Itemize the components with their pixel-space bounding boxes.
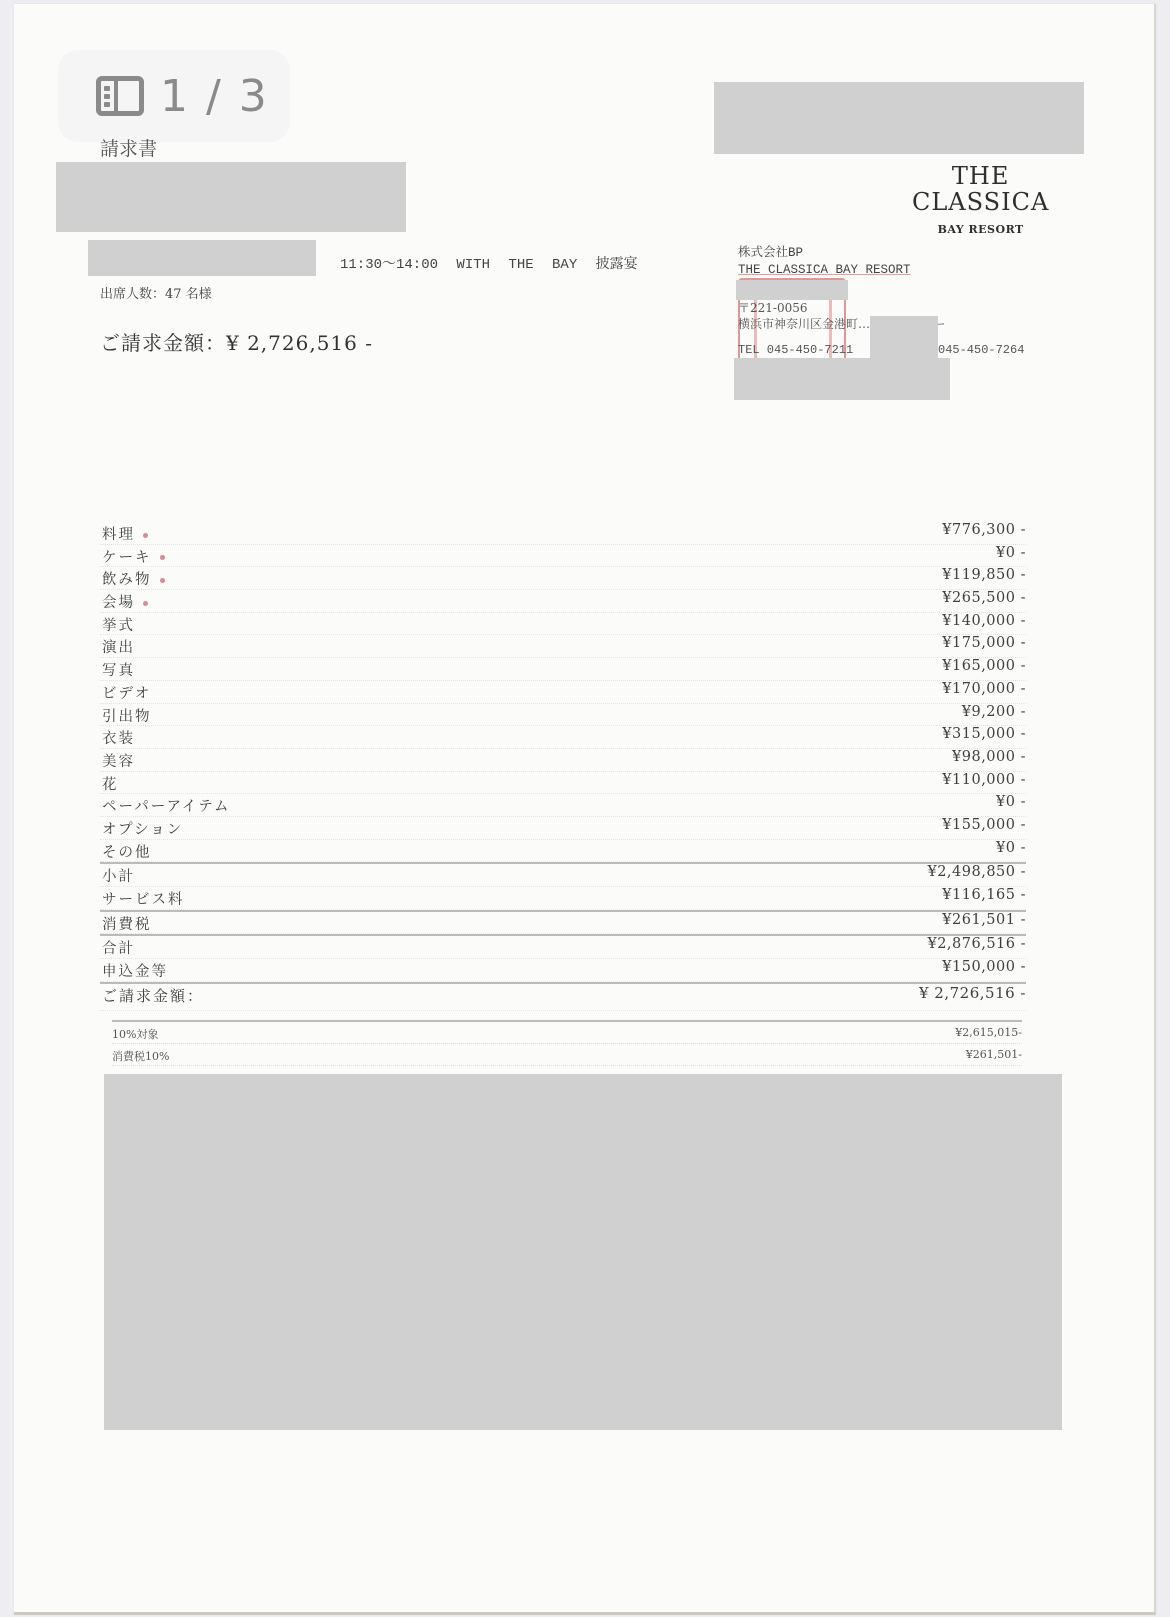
table-row: ペーパーアイテム¥0 - — [100, 794, 1026, 817]
row-value: ¥140,000 - — [942, 613, 1026, 629]
row-value: ¥ 2,726,516 - — [919, 984, 1026, 1002]
table-row: 引出物¥9,200 - — [100, 704, 1026, 727]
row-value: ¥0 - — [996, 545, 1026, 561]
table-row: 会場¥265,500 - — [100, 590, 1026, 613]
tax-breakdown: 10%対象¥2,615,015-消費税10%¥261,501- — [112, 1020, 1022, 1066]
issuer-fax: 045-450-7264 — [938, 343, 1024, 357]
row-value: ¥2,498,850 - — [927, 864, 1026, 880]
billing-amount: ご請求金額：¥ 2,726,516 - — [100, 327, 373, 356]
table-row: オプション¥155,000 - — [100, 817, 1026, 840]
row-value: ¥776,300 - — [942, 522, 1026, 538]
table-row: 合計¥2,876,516 - — [100, 934, 1026, 959]
redacted-block — [736, 280, 848, 300]
row-label: 花 — [102, 773, 119, 794]
row-value: ¥265,500 - — [942, 590, 1026, 606]
postal-code: 〒221-0056 — [738, 300, 945, 316]
table-row: ビデオ¥170,000 - — [100, 681, 1026, 704]
venue-logo: THE CLASSICA BAY RESORT — [912, 163, 1049, 236]
redacted-block — [734, 358, 950, 400]
issuer-company: 株式会社BP THE CLASSICA BAY RESORT — [738, 245, 911, 279]
tax-label: 消費税10% — [112, 1048, 169, 1064]
table-row: 演出¥175,000 - — [100, 635, 1026, 658]
row-label: 写真 — [102, 659, 135, 680]
page-indicator[interactable]: 1 / 3 — [58, 50, 290, 142]
row-label: 演出 — [102, 636, 135, 657]
line-items-table: 料理¥776,300 -ケーキ¥0 -飲み物¥119,850 -会場¥265,5… — [100, 522, 1026, 1011]
row-value: ¥119,850 - — [942, 567, 1026, 583]
table-row: 美容¥98,000 - — [100, 749, 1026, 772]
redacted-block — [56, 162, 406, 232]
row-label: 引出物 — [102, 705, 152, 726]
row-value: ¥110,000 - — [942, 772, 1026, 788]
row-label: 小計 — [102, 865, 135, 886]
page-count: 1 / 3 — [160, 71, 269, 122]
row-value: ¥150,000 - — [942, 959, 1026, 975]
table-row: サービス料¥116,165 - — [100, 887, 1026, 910]
table-row: ご請求金額：¥ 2,726,516 - — [100, 982, 1026, 1011]
row-value: ¥0 - — [996, 794, 1026, 810]
table-row: 衣装¥315,000 - — [100, 726, 1026, 749]
row-label: 消費税 — [102, 913, 152, 934]
table-row: 飲み物¥119,850 - — [100, 567, 1026, 590]
row-value: ¥261,501 - — [942, 912, 1026, 928]
row-value: ¥175,000 - — [942, 635, 1026, 651]
row-value: ¥2,876,516 - — [927, 936, 1026, 952]
check-mark-icon — [160, 555, 165, 560]
table-row: 小計¥2,498,850 - — [100, 862, 1026, 887]
tax-row: 10%対象¥2,615,015- — [112, 1022, 1022, 1044]
row-label: 美容 — [102, 750, 135, 771]
tax-row: 消費税10%¥261,501- — [112, 1044, 1022, 1066]
check-mark-icon — [160, 578, 165, 583]
row-value: ¥170,000 - — [942, 681, 1026, 697]
tax-value: ¥2,615,015- — [955, 1026, 1022, 1039]
logo-line: BAY RESORT — [912, 223, 1049, 236]
row-value: ¥98,000 - — [952, 749, 1026, 765]
sidebar-icon — [96, 76, 144, 116]
row-label: 飲み物 — [102, 568, 165, 589]
row-label: ご請求金額： — [102, 985, 204, 1006]
row-label: その他 — [102, 841, 152, 862]
table-row: 挙式¥140,000 - — [100, 613, 1026, 636]
row-value: ¥9,200 - — [962, 704, 1026, 720]
table-row: 料理¥776,300 - — [100, 522, 1026, 545]
table-row: 写真¥165,000 - — [100, 658, 1026, 681]
document-title: 請求書 — [100, 134, 157, 161]
guest-count: 出席人数：47 名様 — [100, 283, 212, 302]
row-value: ¥0 - — [996, 840, 1026, 856]
logo-line: THE — [912, 163, 1049, 189]
tax-value: ¥261,501- — [966, 1048, 1022, 1061]
row-label: 合計 — [102, 937, 135, 958]
venue-name: THE CLASSICA BAY RESORT — [738, 262, 911, 279]
row-label: ケーキ — [102, 546, 165, 567]
redacted-block — [714, 82, 1084, 154]
row-label: ペーパーアイテム — [102, 795, 231, 816]
issuer-tel: TEL 045-450-7211 — [738, 343, 853, 357]
check-mark-icon — [143, 533, 148, 538]
table-row: ケーキ¥0 - — [100, 545, 1026, 568]
table-row: 花¥110,000 - — [100, 772, 1026, 795]
row-value: ¥165,000 - — [942, 658, 1026, 674]
redacted-block — [88, 240, 316, 276]
check-mark-icon — [143, 601, 148, 606]
table-row: その他¥0 - — [100, 840, 1026, 863]
row-label: 会場 — [102, 591, 148, 612]
redacted-block — [104, 1074, 1062, 1430]
row-label: 衣装 — [102, 727, 135, 748]
logo-line: CLASSICA — [912, 189, 1049, 215]
table-row: 申込金等¥150,000 - — [100, 959, 1026, 982]
row-label: オプション — [102, 818, 183, 839]
company-name: 株式会社BP — [738, 245, 911, 262]
row-value: ¥155,000 - — [942, 817, 1026, 833]
row-label: 挙式 — [102, 614, 135, 635]
row-label: サービス料 — [102, 888, 185, 909]
row-label: 料理 — [102, 523, 148, 544]
tax-label: 10%対象 — [112, 1026, 158, 1042]
row-label: ビデオ — [102, 682, 151, 703]
row-value: ¥116,165 - — [942, 887, 1026, 903]
row-label: 申込金等 — [102, 960, 168, 981]
event-info: 11:30〜14:00 WITH THE BAY 披露宴 — [340, 253, 638, 273]
row-value: ¥315,000 - — [942, 726, 1026, 742]
table-row: 消費税¥261,501 - — [100, 910, 1026, 935]
